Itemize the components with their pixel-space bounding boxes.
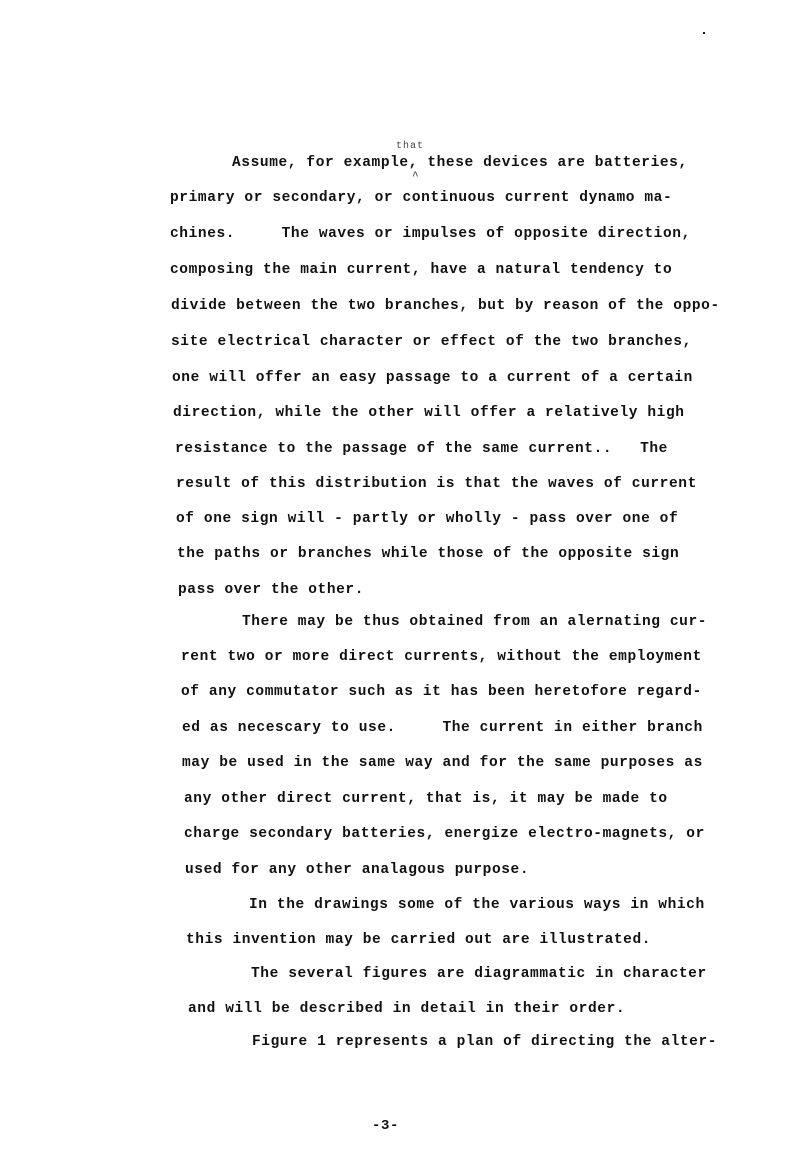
text-line: used for any other analagous purpose. — [185, 862, 529, 878]
text-line: any other direct current, that is, it ma… — [184, 791, 668, 807]
text-line: pass over the other. — [178, 582, 364, 598]
text-line: In the drawings some of the various ways… — [249, 897, 705, 913]
page-number: -3- — [372, 1118, 399, 1134]
document-page: that ^ Assume, for example, these device… — [0, 0, 807, 1158]
text-line: this invention may be carried out are il… — [186, 932, 651, 948]
text-line: one will offer an easy passage to a curr… — [172, 370, 693, 386]
handwritten-insertion: that — [396, 141, 424, 152]
text-line: divide between the two branches, but by … — [171, 298, 720, 314]
text-line: may be used in the same way and for the … — [182, 755, 703, 771]
text-line: resistance to the passage of the same cu… — [175, 441, 668, 457]
text-line: site electrical character or effect of t… — [171, 334, 692, 350]
text-line: the paths or branches while those of the… — [177, 546, 679, 562]
text-line: charge secondary batteries, energize ele… — [184, 826, 705, 842]
text-line: direction, while the other will offer a … — [173, 405, 685, 421]
text-line: Assume, for example, these devices are b… — [232, 155, 688, 171]
text-line: ed as necescary to use. The current in e… — [182, 720, 703, 736]
text-line: The several figures are diagrammatic in … — [251, 966, 707, 982]
text-line: rent two or more direct currents, withou… — [181, 649, 702, 665]
insertion-caret: ^ — [412, 171, 419, 183]
text-line: result of this distribution is that the … — [176, 476, 697, 492]
text-line: composing the main current, have a natur… — [170, 262, 672, 278]
text-line: of one sign will - partly or wholly - pa… — [176, 511, 678, 527]
text-line: There may be thus obtained from an alern… — [242, 614, 707, 630]
text-line: of any commutator such as it has been he… — [181, 684, 702, 700]
text-line: Figure 1 represents a plan of directing … — [252, 1034, 717, 1050]
text-line: primary or secondary, or continuous curr… — [170, 190, 672, 206]
scan-speck — [703, 32, 705, 34]
text-line: and will be described in detail in their… — [188, 1001, 625, 1017]
text-line: chines. The waves or impulses of opposit… — [170, 226, 691, 242]
